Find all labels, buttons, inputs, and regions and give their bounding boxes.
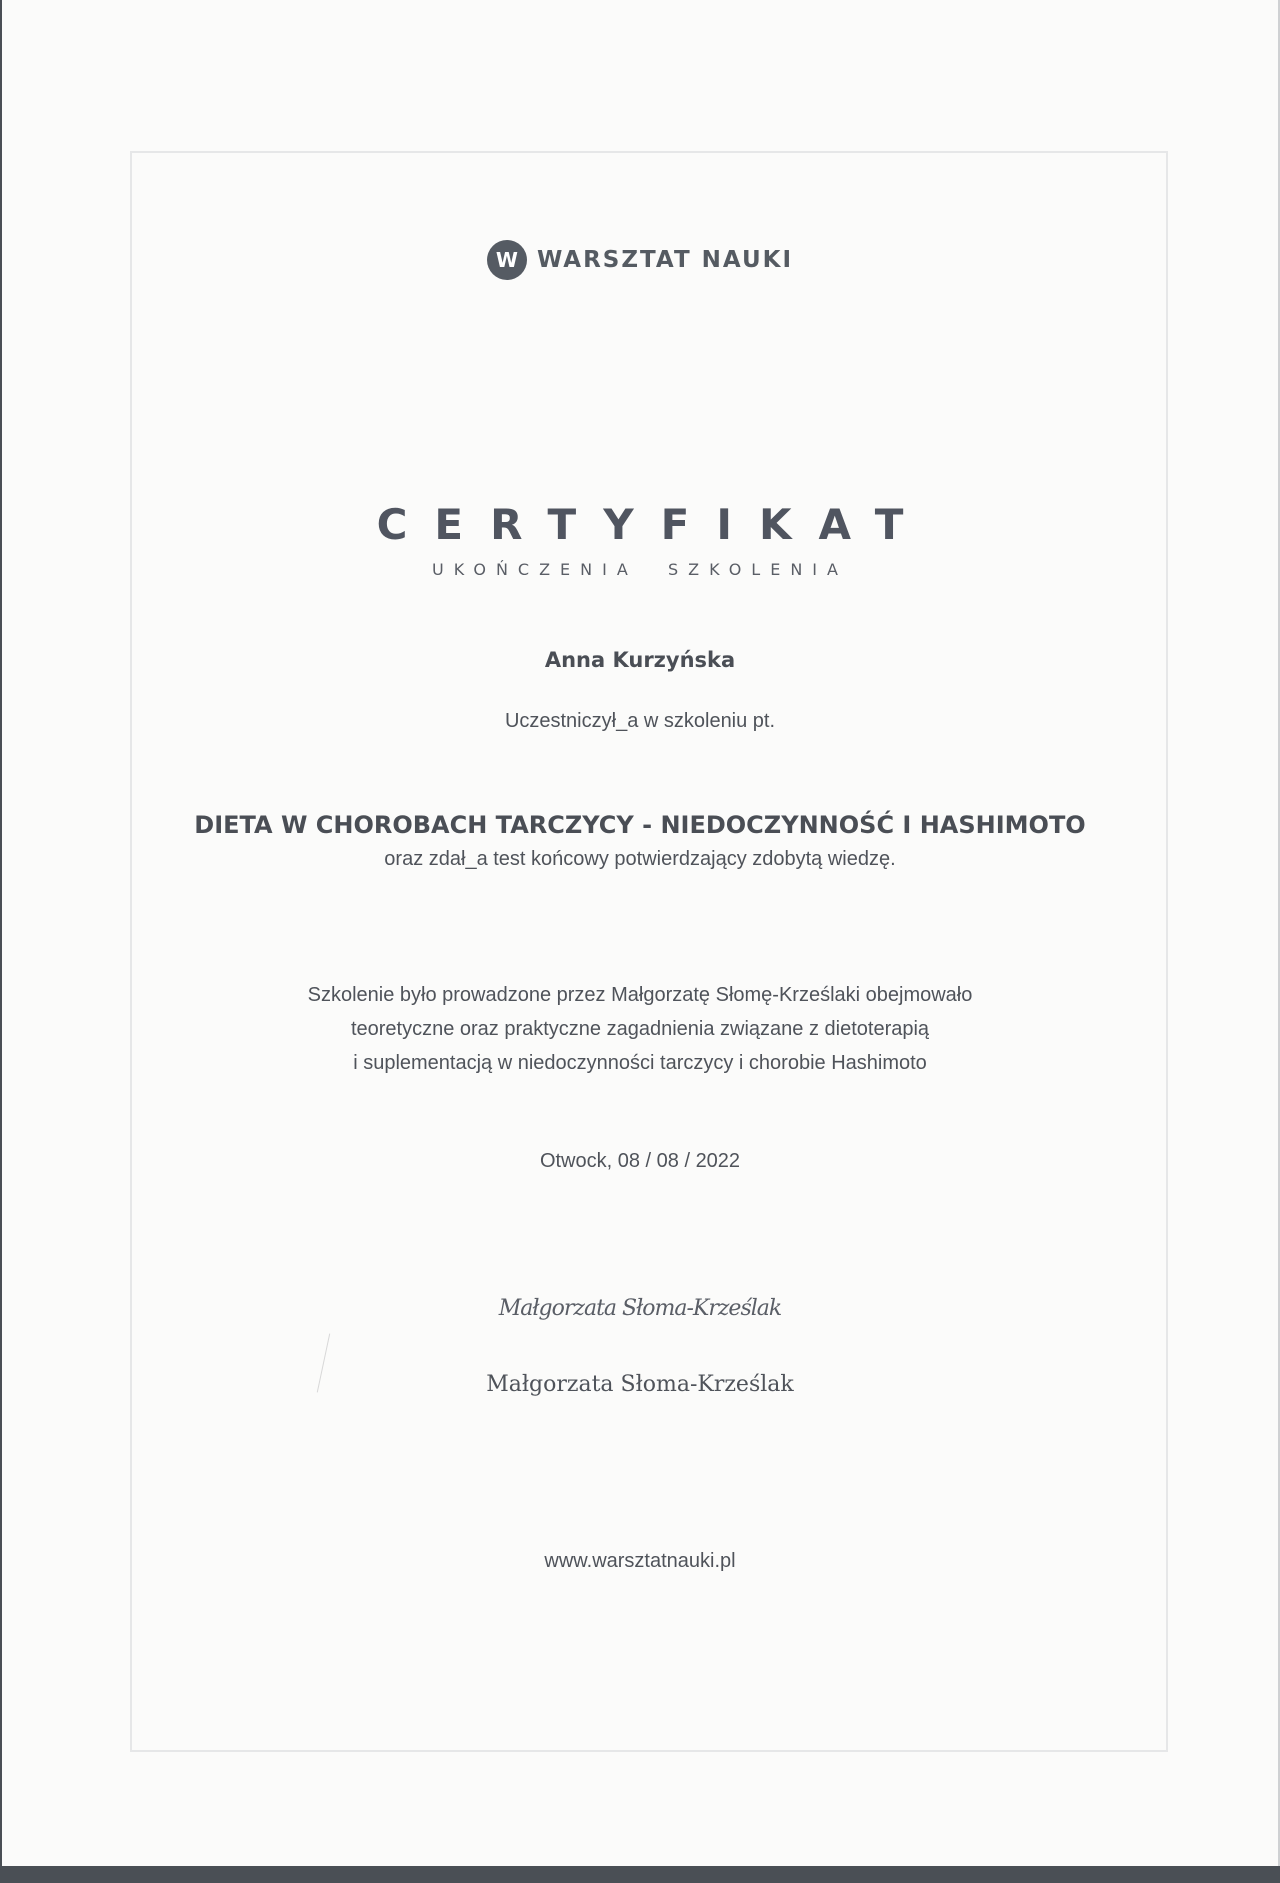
certificate-border bbox=[130, 151, 1168, 1752]
participation-text: Uczestniczył_a w szkoleniu pt. bbox=[0, 710, 1280, 733]
logo-w-icon: W bbox=[487, 240, 527, 280]
brand-name: WARSZTAT NAUKI bbox=[537, 247, 793, 273]
recipient-name: Anna Kurzyńska bbox=[0, 648, 1280, 672]
handwritten-signature: Małgorzata Słoma-Krześlak bbox=[0, 1296, 1280, 1321]
description-line: Szkolenie było prowadzone przez Małgorza… bbox=[0, 978, 1280, 1012]
website-link: www.warsztatnauki.pl bbox=[0, 1550, 1280, 1573]
place-date: Otwock, 08 / 08 / 2022 bbox=[0, 1150, 1280, 1173]
brand-logo: W WARSZTAT NAUKI bbox=[0, 240, 1280, 280]
course-title: DIETA W CHOROBACH TARCZYCY - NIEDOCZYNNO… bbox=[0, 811, 1280, 839]
signer-name: Małgorzata Słoma-Krześlak bbox=[0, 1372, 1280, 1397]
description-line: teoretyczne oraz praktyczne zagadnienia … bbox=[0, 1012, 1280, 1046]
certificate-title: CERTYFIKAT bbox=[0, 500, 1280, 549]
description-line: i suplementacją w niedoczynności tarczyc… bbox=[0, 1046, 1280, 1080]
test-passed-text: oraz zdał_a test końcowy potwierdzający … bbox=[0, 848, 1280, 871]
course-description: Szkolenie było prowadzone przez Małgorza… bbox=[0, 978, 1280, 1080]
certificate-subtitle: UKOŃCZENIA SZKOLENIA bbox=[0, 560, 1280, 579]
